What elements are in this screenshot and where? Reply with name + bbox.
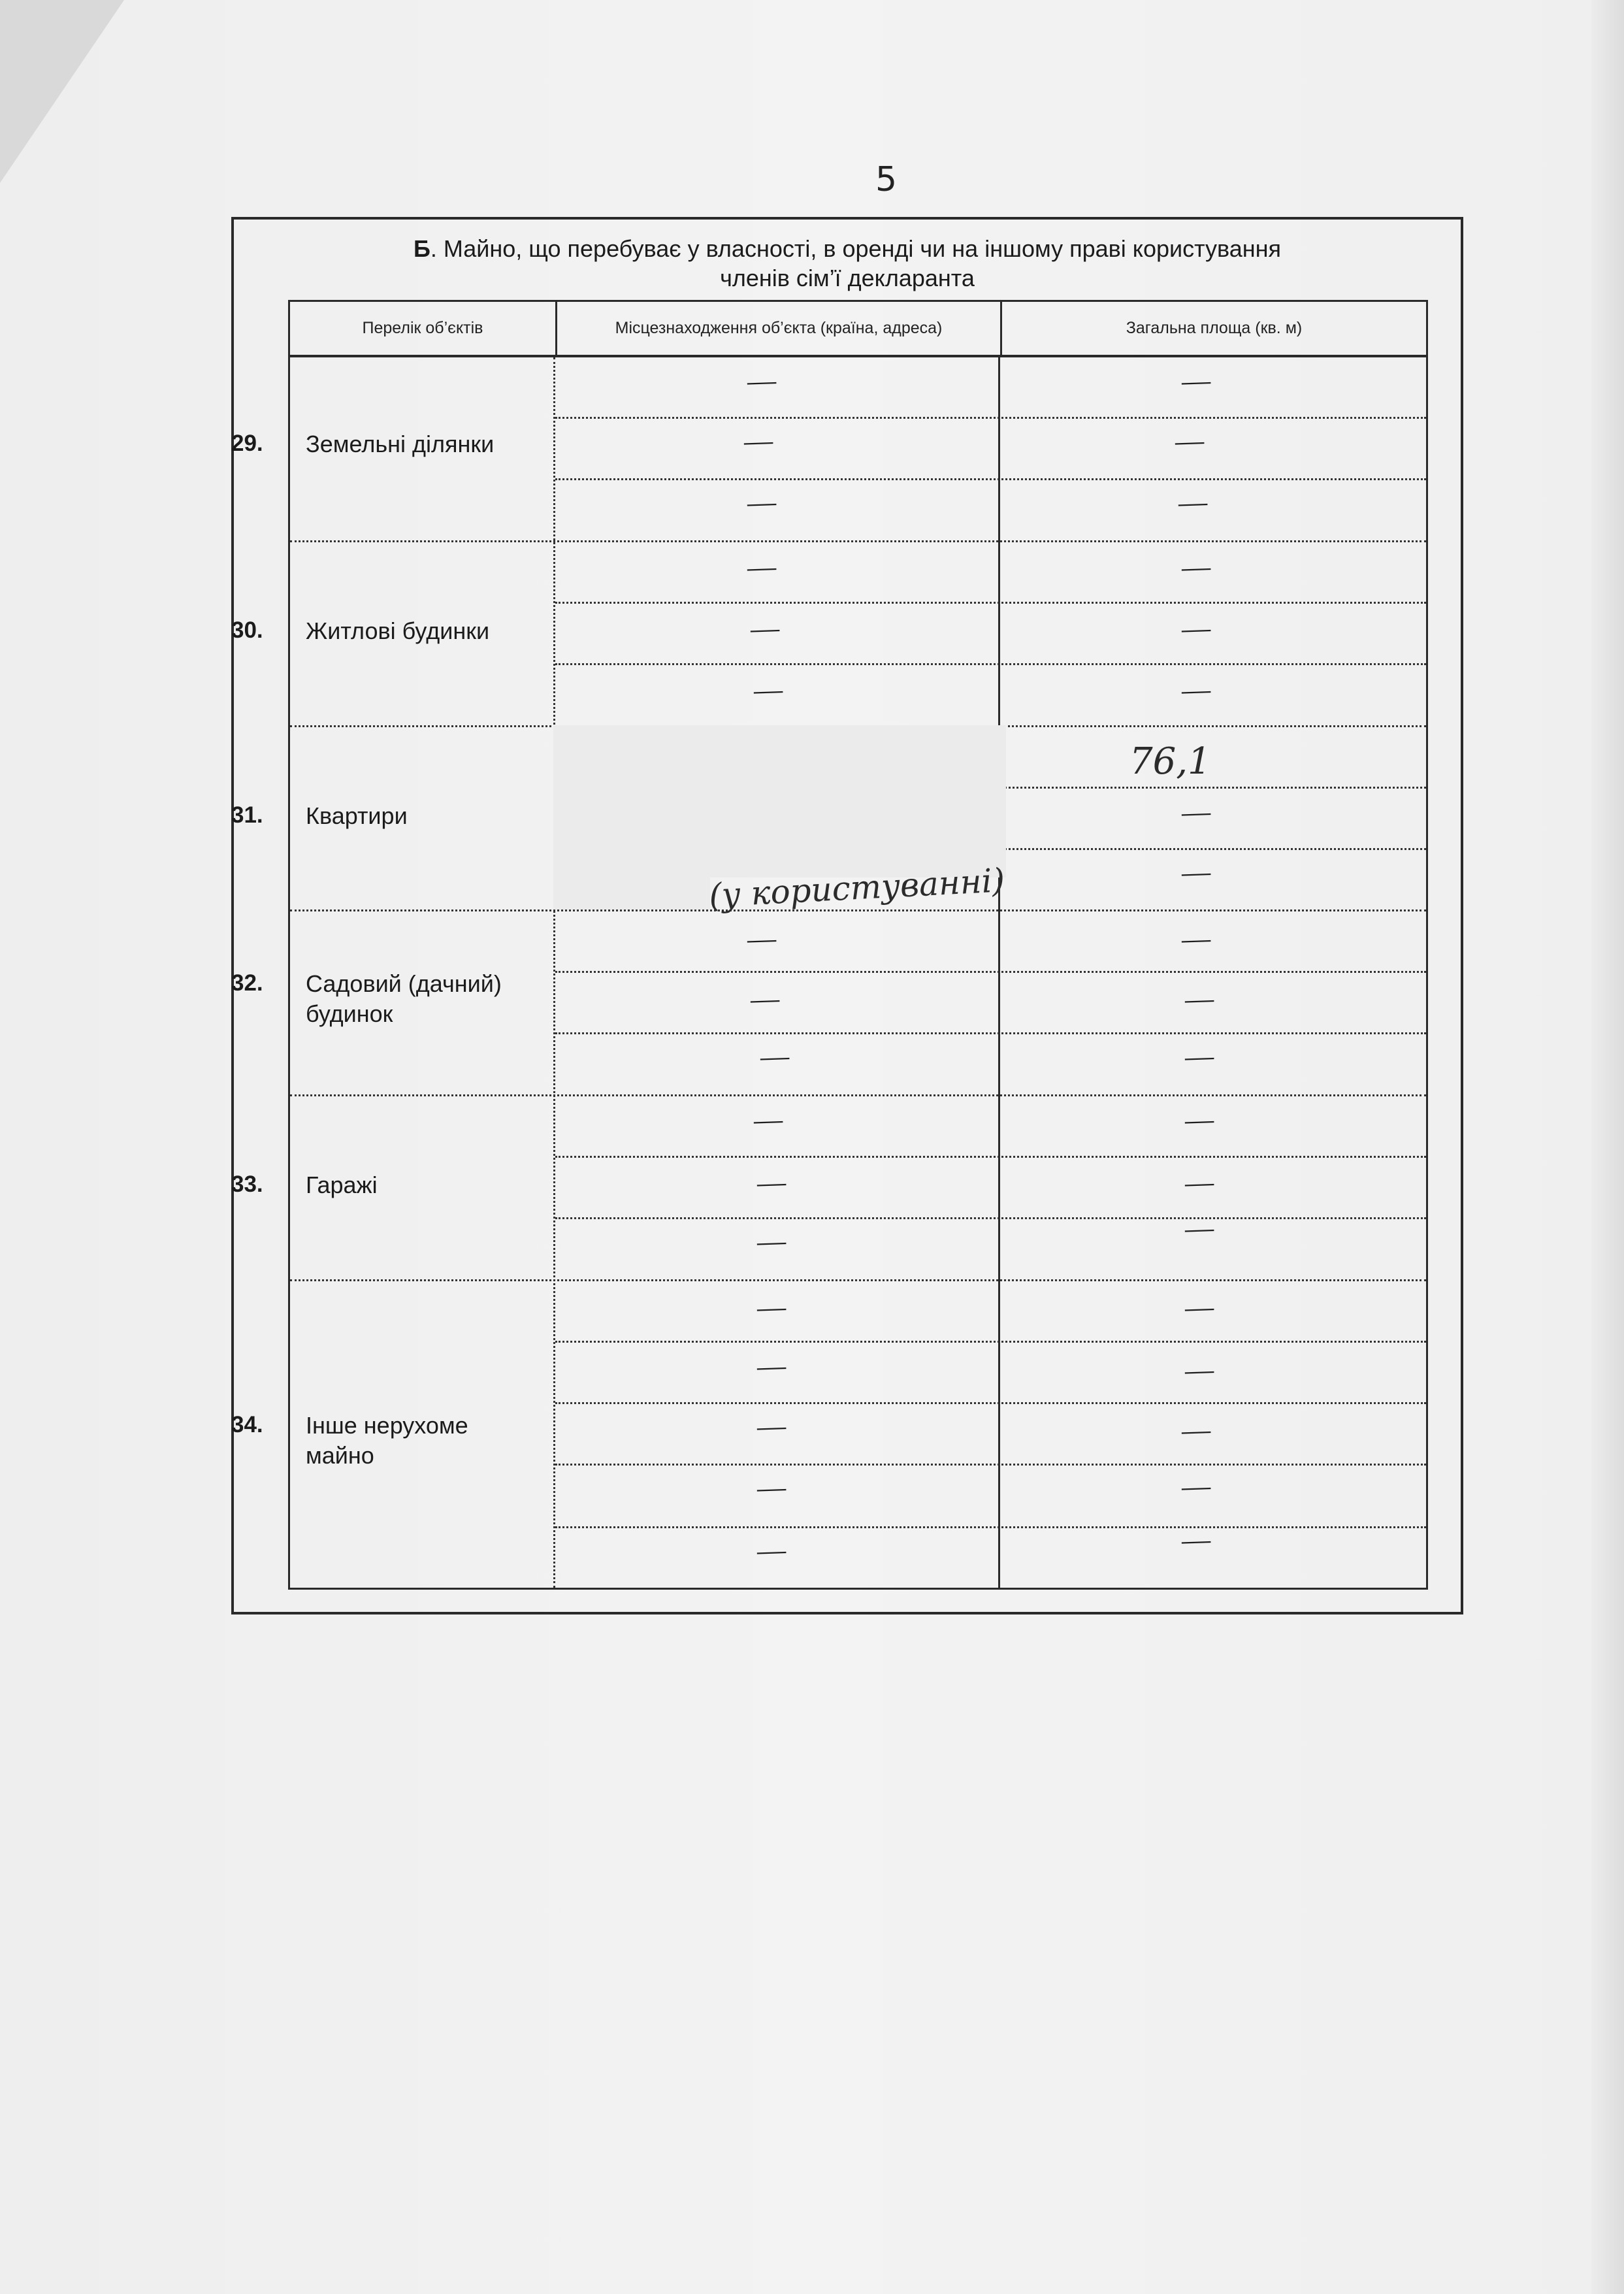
section-title-line2: членів сім’ї декларанта xyxy=(720,265,975,291)
location-value: — xyxy=(750,981,780,1016)
folded-corner xyxy=(0,0,124,183)
page-edge xyxy=(1591,0,1624,2294)
table-subrow xyxy=(1000,850,1426,911)
table-subrow xyxy=(555,1096,1426,1158)
table-subrow xyxy=(555,1219,1426,1281)
area-value-handwritten: 76,1 xyxy=(1129,740,1211,783)
scanned-page: 5 Б. Майно, що перебуває у власності, в … xyxy=(0,0,1624,2294)
table-row-33: 33. Гаражі — — — — — — xyxy=(290,1096,1426,1281)
row-number: 30. xyxy=(231,617,263,644)
area-value: — xyxy=(1184,1165,1214,1200)
location-value: — xyxy=(750,611,780,646)
row-label: Гаражі xyxy=(306,1170,541,1200)
location-value: — xyxy=(743,423,773,458)
table-subrow xyxy=(555,1343,1426,1404)
table-subrow xyxy=(555,1528,1426,1592)
table-row-34: 34. Інше нерухоме майно — — — — — — — — … xyxy=(290,1281,1426,1592)
table-row-30: 30. Житлові будинки — — — — — — xyxy=(290,542,1426,727)
area-value: — xyxy=(1181,795,1211,829)
table-subrow xyxy=(555,542,1426,604)
redacted-address-tail xyxy=(553,877,710,909)
location-value: — xyxy=(747,549,777,584)
location-value: — xyxy=(756,1224,787,1258)
property-table: Перелік об’єктів Місцезнаходження об’єкт… xyxy=(288,300,1428,1590)
area-value: — xyxy=(1181,1413,1211,1447)
table-subrow xyxy=(1000,789,1426,850)
area-value: — xyxy=(1184,1102,1214,1137)
row-number: 34. xyxy=(231,1412,263,1438)
page-number: 5 xyxy=(875,160,897,199)
table-subrow xyxy=(555,419,1426,480)
area-value: — xyxy=(1175,423,1205,458)
location-value: — xyxy=(747,921,777,956)
location-value: — xyxy=(753,672,783,707)
header-location: Місцезнаходження об’єкта (країна, адреса… xyxy=(555,302,1000,355)
area-value: — xyxy=(1181,363,1211,398)
row-label: Квартири xyxy=(306,801,541,831)
area-value: — xyxy=(1184,1352,1214,1387)
location-value: — xyxy=(747,485,777,519)
table-subrow xyxy=(555,604,1426,665)
table-subrow xyxy=(555,480,1426,542)
area-value: — xyxy=(1184,981,1214,1016)
row-number: 32. xyxy=(231,970,263,996)
area-value: — xyxy=(1181,549,1211,584)
table-subrow xyxy=(1000,727,1426,789)
row-label: Інше нерухоме майно xyxy=(306,1411,541,1471)
area-value: — xyxy=(1184,1211,1214,1245)
row-label: Земельні ділянки xyxy=(306,429,541,459)
table-subrow xyxy=(555,1281,1426,1343)
area-value: — xyxy=(1181,611,1211,646)
table-row-29: 29. Земельні ділянки — — — — — — xyxy=(290,357,1426,542)
header-objects: Перелік об’єктів xyxy=(290,302,555,355)
location-value: — xyxy=(756,1165,787,1200)
location-value: — xyxy=(756,1409,787,1443)
header-area: Загальна площа (кв. м) xyxy=(1000,302,1426,355)
row-label: Садовий (дачний) будинок xyxy=(306,969,541,1029)
table-subrow xyxy=(555,973,1426,1034)
location-value: — xyxy=(756,1290,787,1324)
area-value: — xyxy=(1181,1469,1211,1503)
section-letter: Б xyxy=(414,235,430,262)
table-subrow xyxy=(555,1034,1426,1096)
area-value: — xyxy=(1181,672,1211,707)
row-number: 31. xyxy=(231,802,263,828)
table-subrow xyxy=(555,1158,1426,1219)
location-value: — xyxy=(756,1470,787,1505)
area-value: — xyxy=(1178,485,1208,519)
area-value: — xyxy=(1181,855,1211,889)
area-value: — xyxy=(1181,1522,1211,1557)
location-value: — xyxy=(760,1039,790,1073)
redacted-address xyxy=(553,725,1006,877)
location-value: — xyxy=(747,363,777,398)
area-value: — xyxy=(1181,921,1211,956)
table-subrow xyxy=(555,911,1426,973)
location-value: — xyxy=(756,1349,787,1383)
location-value: — xyxy=(753,1102,783,1137)
table-subrow xyxy=(555,665,1426,727)
area-value: — xyxy=(1184,1039,1214,1073)
table-subrow xyxy=(555,357,1426,419)
row-label: Житлові будинки xyxy=(306,616,541,646)
area-value: — xyxy=(1184,1290,1214,1324)
table-row-32: 32. Садовий (дачний) будинок — — — — — — xyxy=(290,911,1426,1096)
table-subrow xyxy=(555,1404,1426,1466)
row-number: 29. xyxy=(231,431,263,457)
row-number: 33. xyxy=(231,1172,263,1198)
table-subrow xyxy=(555,1466,1426,1528)
section-title-line1: . Майно, що перебуває у власності, в оре… xyxy=(430,235,1281,262)
table-header: Перелік об’єктів Місцезнаходження об’єкт… xyxy=(290,302,1426,357)
section-title: Б. Майно, що перебуває у власності, в ор… xyxy=(234,234,1461,293)
location-value: — xyxy=(756,1533,787,1567)
